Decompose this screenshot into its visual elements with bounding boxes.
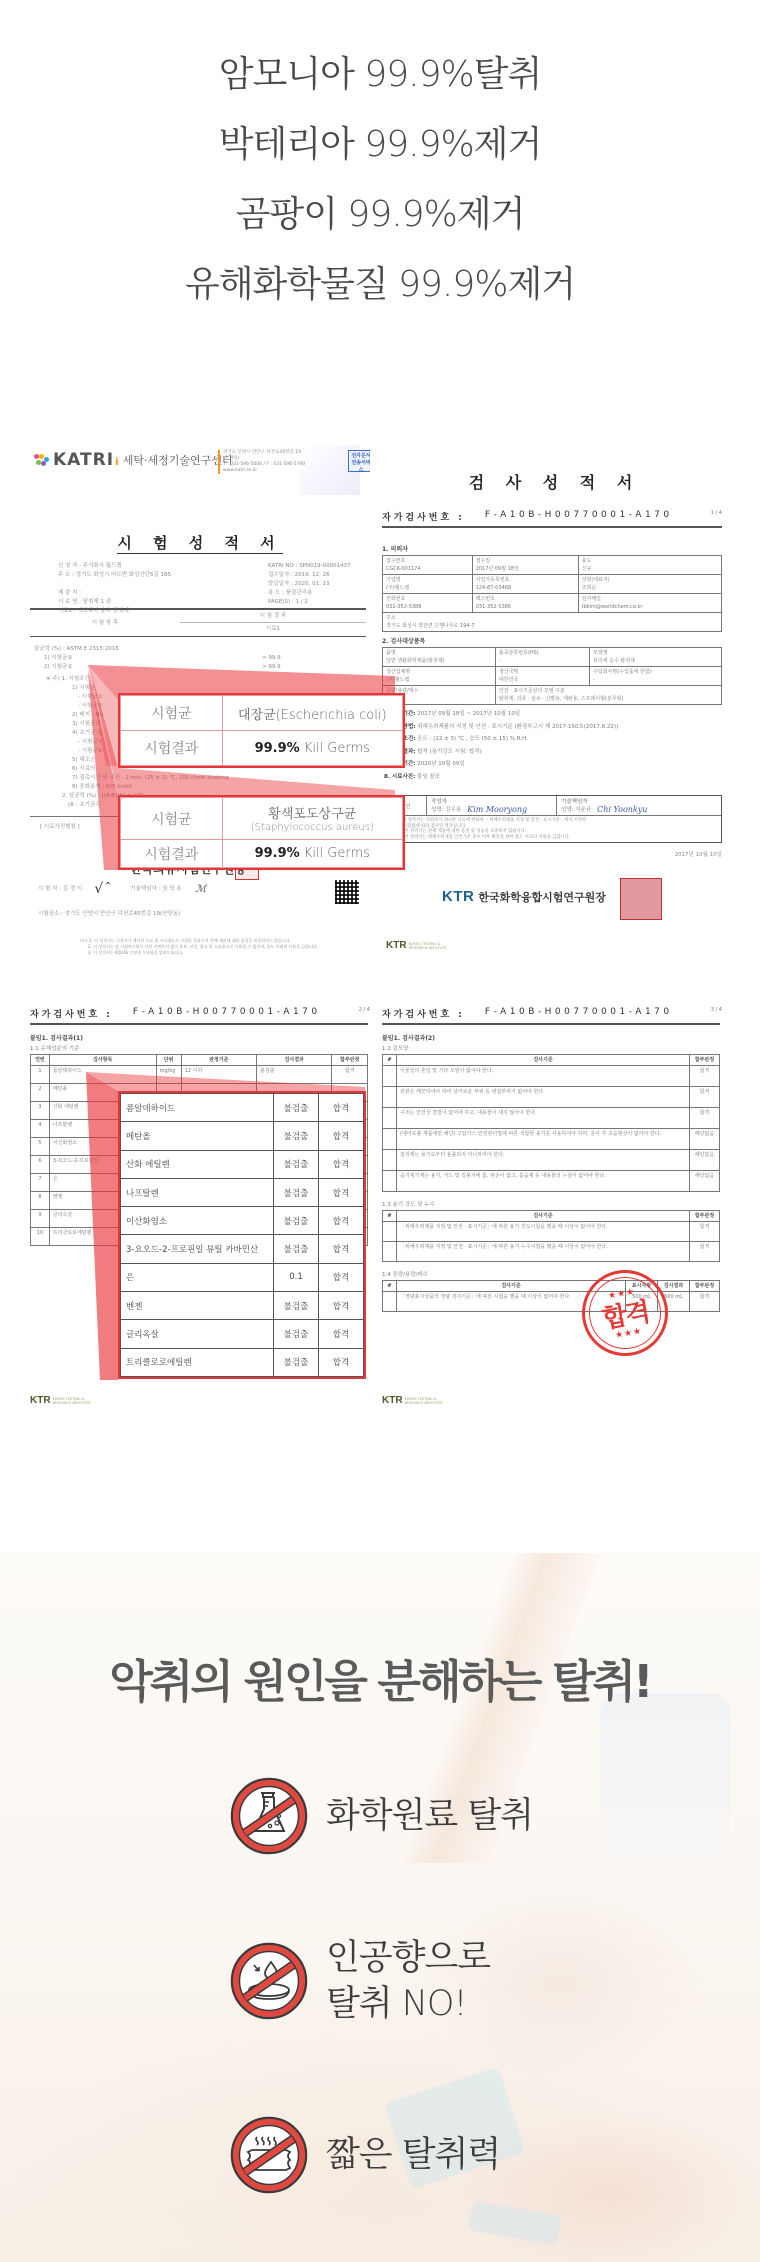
deodorizer-feature-section: 악취의 원인을 분해하는 탈취! 화학원료 탈취	[0, 1553, 760, 2262]
e-document-badge: 전자문서 전송서비스	[348, 450, 370, 472]
katri-address: 경기도 안양시 만안구 덕천로45번길 19 (안양동) T : 031-596…	[218, 450, 305, 474]
ktr-logo: KTR	[442, 888, 474, 905]
feature-no-chemical: 화학원료 탈취	[228, 1775, 533, 1857]
writer-signature: Kim Mooryong	[467, 805, 527, 814]
product-table: 품명일반 생활화학제품(탈취제)품목분류번호(HS)-모델명퓨리에 순수 탈취제…	[382, 647, 722, 705]
test-place: 시험장소 : 경기도 안양시 만안구 덕천로45번길 19(안양동)	[38, 910, 180, 919]
feature-text: 짧은 탈취력	[326, 2132, 500, 2178]
inspection-number: 자가검사번호 : F-A10B-H00770001-A170 2 / 4	[30, 1007, 370, 1020]
tester-signature: √ˆ	[94, 885, 110, 894]
confirmation-box: 확 인 작성자 성명: 김우용Kim Mooryong 기술책임자 성명: 지윤…	[382, 795, 722, 843]
table-row: 외관은 깨끗하여야 하며 날카로운 부위 등 위험부위가 없어야 한다.합격	[383, 1087, 720, 1108]
callout-row: 메탄올불검출합격	[121, 1122, 364, 1150]
report-remarks: 비고 1. 이 성적서는 신청자가 제시한 시료 및 시료명으로 시험한 결과로…	[80, 938, 318, 956]
table-row: 「정량표시상품의 정량 검사기준」에 따른 시험을 했을 때 이상이 없어야 한…	[383, 1292, 720, 1312]
background-photo-cloth	[468, 2200, 562, 2245]
callout-row: 글리옥살불검출합격	[121, 1320, 364, 1348]
ktr-footer-logo: KTR KOREA TESTING &RESEARCH INSTITUTE	[386, 940, 447, 951]
claim-chemicals: 유해화학물질 99.9%제거	[0, 250, 760, 320]
report-title: 시 험 성 적 서	[30, 532, 370, 553]
ktr-footer-logo: KTR KOREA TESTING &RESEARCH INSTITUTE	[30, 1395, 91, 1406]
inspection-details: 검사기간: 2017년 09월 18일 ~ 2017년 10월 10일 검사방법…	[382, 708, 722, 783]
claim-mold: 곰팡이 99.9%제거	[0, 180, 760, 250]
official-seal	[620, 878, 662, 920]
manager-signature: Chi Yoonkyu	[597, 805, 647, 814]
inspection-number: 자가검사번호 : F-A10B-H00770001-A170 1 / 4	[382, 510, 722, 523]
requester-table: 접수번호CGCK-001174접수일2017년 09월 18일용도신규 기업명(…	[382, 555, 722, 632]
claim-bacteria: 박테리아 99.9%제거	[0, 110, 760, 180]
callout-row: 트리클로로에틸렌불검출합격	[121, 1348, 364, 1376]
ktr-footer-logo: KTR KOREA TESTING &RESEARCH INSTITUTE	[382, 1395, 443, 1406]
manager-signature: ℳ	[196, 885, 207, 894]
no-artificial-fragrance-icon	[228, 1940, 310, 2022]
callout-row: 나프탈렌불검출합격	[121, 1178, 364, 1206]
qr-code	[335, 880, 359, 904]
katri-header: KATRI ᵢ 세탁·세정기술연구센터	[34, 450, 233, 470]
callout-row: 은0.1합격	[121, 1263, 364, 1291]
callout-row: 이산화염소불검출합격	[121, 1207, 364, 1235]
section-headline: 악취의 원인을 분해하는 탈취!	[0, 1645, 760, 1710]
result-table-header: 시 험 항 목 시 험 결 과 시료1	[30, 608, 366, 637]
callout-row: 3-요오드-2-프로핀일 뷰틸 카바민산불검출합격	[121, 1235, 364, 1263]
report-meta: KATRI NO : SPN019-00001437 접수일자 : 2019. …	[268, 562, 351, 607]
container-strength-table: #검사기준합부판정 「위해우려제품 지정 및 안전 · 표시기준」에 따른 용기…	[382, 1210, 720, 1262]
callout-ecoli-result: 시험균대장균(Escherichia coli) 시험결과99.9% Kill …	[118, 693, 405, 768]
table-row: 습기제거제는 용기, 거드 및 길봉지에 흠, 파손이 없고, 흡습제 등 내용…	[383, 1171, 720, 1192]
claims-list: 암모니아 99.9%탈취 박테리아 99.9%제거 곰팡이 99.9%제거 유해…	[0, 40, 760, 320]
feature-no-short-deodorizing: 짧은 탈취력	[228, 2114, 500, 2196]
issue-date: 2017년 10월 10일	[382, 851, 722, 860]
callout-staph-result: 시험균황색포도상구균(Staphylococcus aureus) 시험결과99…	[118, 795, 405, 870]
table-row: 접착제는 용기로부터 용출되지 아니하여야 한다.해당없음	[383, 1150, 720, 1171]
ktr-institute-signature: KTR 한국화학융합시험연구원장	[442, 888, 606, 905]
inspection-number: 자가검사번호 : F-A10B-H00770001-A170 3 / 4	[382, 1007, 722, 1020]
table-row: 「위해우려제품 지정 및 안전 · 표시기준」에 따른 용기 강도시험을 했을 …	[383, 1222, 720, 1242]
ktr-inspection-report-page-1: 검 사 성 적 서 자가검사번호 : F-A10B-H00770001-A170…	[382, 460, 727, 980]
table-row: (에어로졸 제품에만 해당) 고압가스 안전관리법에 따른 적합한 용기를 사용…	[383, 1129, 720, 1150]
table-row: 이물질의 혼입 및 기타 오염이 없어야 한다.합격	[383, 1066, 720, 1087]
appearance-table: #검사기준합부판정 이물질의 혼입 및 기타 오염이 없어야 한다.합격외관은 …	[382, 1054, 720, 1192]
table-row: 「위해우려제품 지정 및 안전 · 표시기준」에 따른 용기 누수시험을 했을 …	[383, 1242, 720, 1262]
report-body: 1. 의뢰자 접수번호CGCK-001174접수일2017년 09월 18일용도…	[382, 540, 722, 860]
table-row: 구조는 안전상 결함이 없어야 하고, 내용물이 새지 않아야 한다.합격	[383, 1108, 720, 1129]
ktr-inspection-report-page-3: 자가검사번호 : F-A10B-H00770001-A170 3 / 4 붙임1…	[382, 995, 727, 1415]
callout-harmful-substance-results: 폼알데하이드불검출합격메탄올불검출합격산화 에틸렌불검출합격나프탈렌불검출합격이…	[118, 1091, 366, 1379]
feature-no-artificial-fragrance: 인공향으로 탈취 NO!	[228, 1935, 490, 2027]
table-row: 1폼알데하이드mg/kg12 이하불검출합격	[31, 1066, 368, 1084]
no-chemical-flask-icon	[228, 1775, 310, 1857]
signatories: 시 험 자 : 김 경 이 √ˆ 기술책임자 : 권 영 용 ℳ	[38, 885, 206, 894]
katri-org-name: 세탁·세정기술연구센터	[123, 452, 233, 468]
report-title: 검 사 성 적 서	[382, 470, 727, 493]
katri-logo-text: KATRI	[53, 450, 114, 470]
no-short-deodorizing-icon	[228, 2114, 310, 2196]
callout-row: 벤젠불검출합격	[121, 1292, 364, 1320]
katri-logo-icon	[34, 454, 50, 466]
claim-ammonia: 암모니아 99.9%탈취	[0, 40, 760, 110]
callout-row: 폼알데하이드불검출합격	[121, 1094, 364, 1122]
callout-row: 산화 에틸렌불검출합격	[121, 1150, 364, 1178]
weight-volume-table: #검사기준표시사항검사결과합부판정 「정량표시상품의 정량 검사기준」에 따른 …	[382, 1280, 720, 1312]
feature-text: 화학원료 탈취	[326, 1793, 533, 1839]
background-photo-bottle	[600, 1693, 730, 1873]
feature-text: 인공향으로 탈취 NO!	[326, 1935, 490, 2027]
